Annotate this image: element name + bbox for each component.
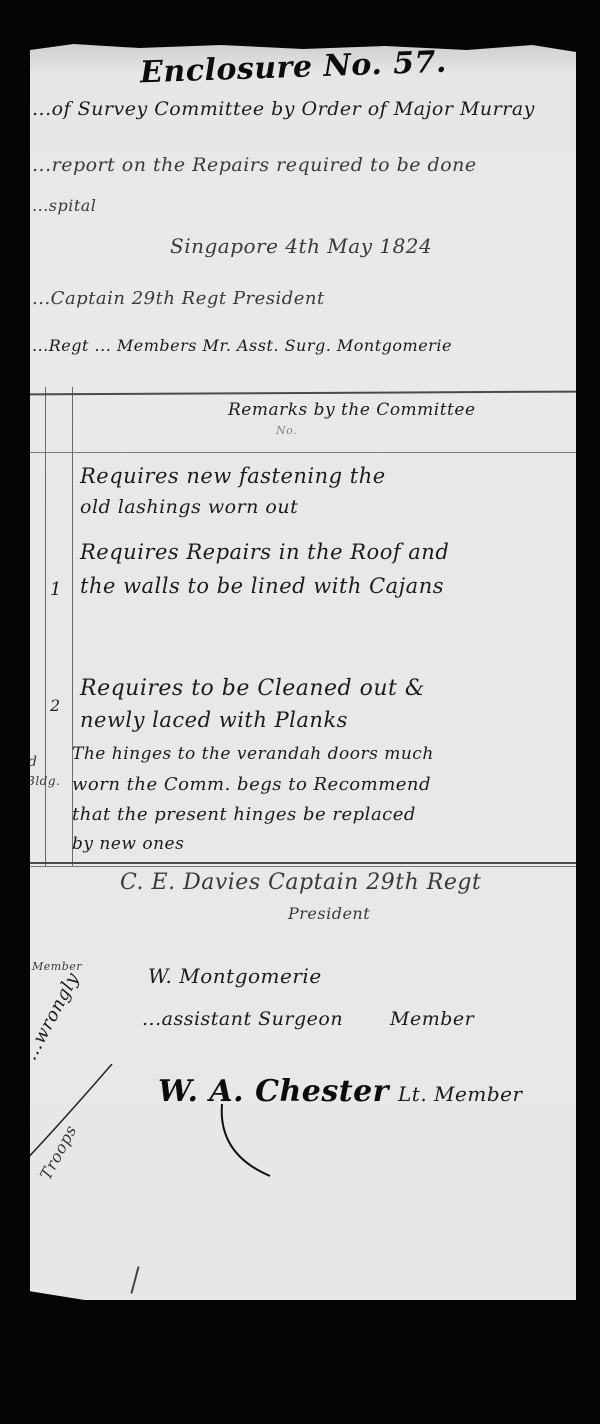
table-row-remark: Requires Repairs in the Roof and (80, 540, 449, 564)
intro-line-1: ...of Survey Committee by Order of Major… (32, 98, 535, 120)
table-column-header: Remarks by the Committee (228, 400, 476, 420)
table-row-remark: by new ones (72, 834, 184, 854)
members-line: ...Regt ... Members Mr. Asst. Surg. Mont… (32, 336, 452, 355)
president-line: ...Captain 29th Regt President (32, 288, 325, 309)
signature-member-2: ...assistant Surgeon (142, 1008, 343, 1030)
table-row-margin-note: Bldg. (26, 774, 60, 788)
document-page: Enclosure No. 57. ...of Survey Committee… (30, 44, 576, 1300)
intro-line-2: ...report on the Repairs required to be … (32, 154, 477, 176)
place-date: Singapore 4th May 1824 (170, 234, 432, 258)
intro-line-3: ...spital (32, 196, 96, 215)
table-header-rule (30, 452, 576, 453)
margin-note: ...wrongly (20, 969, 84, 1064)
signature-member-3-title: Lt. Member (398, 1082, 523, 1106)
table-row-remark: worn the Comm. begs to Recommend (72, 774, 431, 795)
table-row-remark: the walls to be lined with Cajans (80, 574, 444, 598)
enclosure-heading: Enclosure No. 57. (139, 45, 447, 91)
table-bottom-rule (30, 862, 576, 864)
table-row-margin-note: d (28, 754, 37, 770)
table-row-remark: Requires to be Cleaned out & (80, 676, 425, 701)
signature-member-2-title: Member (390, 1008, 474, 1030)
table-row-remark: The hinges to the verandah doors much (72, 744, 434, 764)
table-top-rule (30, 391, 576, 396)
table-header-mark: No. (276, 424, 297, 437)
table-row-remark: that the present hinges be replaced (72, 804, 416, 825)
signature-member-1: W. Montgomerie (148, 964, 322, 988)
table-row-number: 2 (50, 696, 60, 715)
table-row-remark: old lashings worn out (80, 496, 298, 518)
table-bottom-rule-2 (30, 866, 576, 867)
table-margin-line-2 (72, 387, 73, 867)
ink-mark (130, 1266, 139, 1294)
signature-president: C. E. Davies Captain 29th Regt (120, 870, 481, 895)
margin-flourish (20, 1064, 120, 1174)
signature-president-title: President (288, 904, 370, 923)
table-row-number: 1 (50, 579, 61, 600)
table-row-remark: Requires new fastening the (80, 464, 386, 488)
table-margin-line-1 (45, 387, 46, 867)
signature-flourish (210, 1104, 290, 1184)
margin-note: ...Member (20, 960, 82, 973)
table-row-remark: newly laced with Planks (80, 708, 348, 732)
